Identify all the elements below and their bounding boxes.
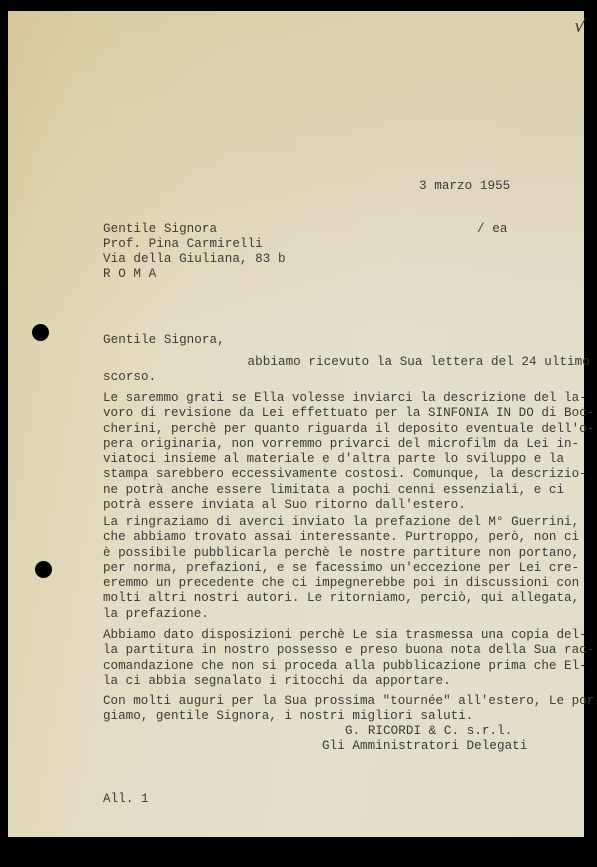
text-line: la prefazione. <box>103 607 573 622</box>
text-line: la ci abbia segnalato i ritocchi da appo… <box>103 674 573 689</box>
text-line: molti altri nostri autori. Le ritorniamo… <box>103 591 573 606</box>
check-mark-icon: √ <box>573 15 587 37</box>
punch-hole-bottom <box>35 561 52 578</box>
letter-date: 3 marzo 1955 <box>419 179 510 194</box>
text-line: è possibile pubblicarla perchè le nostre… <box>103 546 573 561</box>
text-line: giamo, gentile Signora, i nostri miglior… <box>103 709 573 724</box>
salutation: Gentile Signora, <box>103 333 225 348</box>
recipient-line-1: Gentile Signora <box>103 222 217 237</box>
recipient-line-2: Prof. Pina Carmirelli <box>103 237 263 252</box>
signature-title: Gli Amministratori Delegati <box>322 739 527 754</box>
signature-company: G. RICORDI & C. s.r.l. <box>345 724 512 739</box>
enclosure-note: All. 1 <box>103 792 149 807</box>
text-line: potrà essere inviata al Suo ritorno dall… <box>103 498 573 513</box>
text-line: viatoci insieme al materiale e d'altra p… <box>103 452 573 467</box>
paragraph-3: Abbiamo dato disposizioni perchè Le sia … <box>103 628 573 689</box>
recipient-line-3: Via della Giuliana, 83 b <box>103 252 286 267</box>
paragraph-2: La ringraziamo di averci inviato la pref… <box>103 515 573 622</box>
text-line: cherini, perchè per quanto riguarda il d… <box>103 422 573 437</box>
text-line: comandazione che non si proceda alla pub… <box>103 659 573 674</box>
punch-hole-top <box>32 324 49 341</box>
text-line: voro di revisione da Lei effettuato per … <box>103 406 573 421</box>
text-line: stampa sarebbero eccessivamente costosi.… <box>103 467 573 482</box>
text-line: la partitura in nostro possesso e preso … <box>103 643 573 658</box>
recipient-line-4: R O M A <box>103 267 156 282</box>
closing-paragraph: Con molti auguri per la Sua prossima "to… <box>103 694 573 725</box>
text-line: Abbiamo dato disposizioni perchè Le sia … <box>103 628 573 643</box>
text-line: eremmo un precedente che ci impegnerebbe… <box>103 576 573 591</box>
intro-line-2: scorso. <box>103 370 156 385</box>
text-line: Le saremmo grati se Ella volesse inviarc… <box>103 391 573 406</box>
text-line: La ringraziamo di averci inviato la pref… <box>103 515 573 530</box>
text-line: Con molti auguri per la Sua prossima "to… <box>103 694 573 709</box>
text-line: ne potrà anche essere limitata a pochi c… <box>103 483 573 498</box>
intro-line-1: abbiamo ricevuto la Sua lettera del 24 u… <box>103 355 590 370</box>
text-line: che abbiamo trovato assai interessante. … <box>103 530 573 545</box>
text-line: pera originaria, non vorremmo privarci d… <box>103 437 573 452</box>
paragraph-1: Le saremmo grati se Ella volesse inviarc… <box>103 391 573 513</box>
reference-initials: / ea <box>477 222 507 237</box>
text-line: per norma, prefazioni, e se facessimo un… <box>103 561 573 576</box>
